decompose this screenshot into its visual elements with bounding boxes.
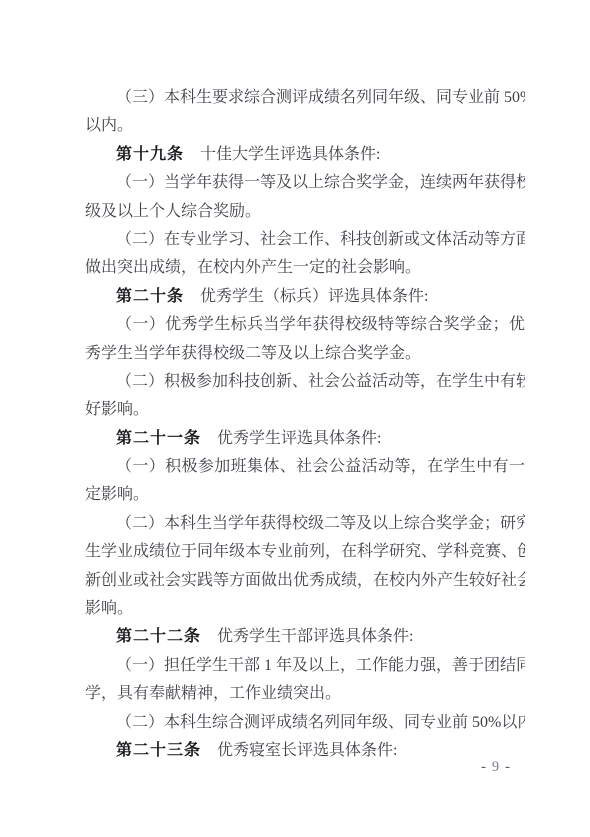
- heading-text: 优秀学生评选具体条件:: [201, 430, 381, 447]
- line-text: 做出突出成绩，在校内外产生一定的社会影响。: [85, 259, 421, 276]
- text-line: 级及以上个人综合奖励。: [85, 198, 525, 226]
- line-text: （一）积极参加班集体、社会公益活动等，在学生中有一: [116, 458, 525, 475]
- line-text: 级及以上个人综合奖励。: [85, 203, 261, 220]
- text-line: 定影响。: [85, 481, 525, 509]
- text-line: （二）在专业学习、社会工作、科技创新或文体活动等方面: [85, 226, 525, 254]
- text-line: 秀学生当学年获得校级二等及以上综合奖学金。: [85, 340, 525, 368]
- text-line: 生学业成绩位于同年级本专业前列，在科学研究、学科竞赛、创: [85, 538, 525, 566]
- line-text: （一）担任学生干部 1 年及以上，工作能力强，善于团结同: [116, 657, 525, 674]
- text-line: 做出突出成绩，在校内外产生一定的社会影响。: [85, 254, 525, 282]
- article-heading: 第二十二条 优秀学生干部评选具体条件:: [85, 623, 525, 651]
- line-text: （二）积极参加科技创新、社会公益活动等，在学生中有较: [116, 373, 525, 390]
- line-text: （一）当学年获得一等及以上综合奖学金，连续两年获得校: [116, 174, 525, 191]
- article-heading: 第二十条 优秀学生（标兵）评选具体条件:: [85, 283, 525, 311]
- text-line: 以内。: [85, 112, 525, 140]
- heading-text: 十佳大学生评选具体条件:: [184, 146, 380, 163]
- line-text: 好影响。: [85, 401, 149, 418]
- line-text: 影响。: [85, 600, 133, 617]
- article-heading: 第二十三条 优秀寝室长评选具体条件:: [85, 737, 525, 765]
- text-line: （二）本科生当学年获得校级二等及以上综合奖学金；研究: [85, 510, 525, 538]
- article-number: 第二十三条: [116, 742, 201, 759]
- line-text: 定影响。: [85, 486, 149, 503]
- line-text: （二）本科生当学年获得校级二等及以上综合奖学金；研究: [116, 515, 525, 532]
- line-text: 秀学生当学年获得校级二等及以上综合奖学金。: [85, 345, 421, 362]
- line-text: 以内。: [85, 117, 133, 134]
- line-text: 学，具有奉献精神，工作业绩突出。: [85, 685, 341, 702]
- text-line: （一）当学年获得一等及以上综合奖学金，连续两年获得校: [85, 169, 525, 197]
- page-number-dash-left: -: [481, 759, 486, 775]
- article-number: 第二十一条: [116, 430, 201, 447]
- line-text: （二）在专业学习、社会工作、科技创新或文体活动等方面: [116, 231, 525, 248]
- body-text-block: （三）本科生要求综合测评成绩名列同年级、同专业前 50% 以内。 第十九条 十佳…: [85, 84, 525, 765]
- article-number: 第十九条: [116, 146, 184, 163]
- text-line: （三）本科生要求综合测评成绩名列同年级、同专业前 50%: [85, 84, 525, 112]
- line-text: （三）本科生要求综合测评成绩名列同年级、同专业前 50%: [116, 89, 525, 106]
- text-line: 影响。: [85, 595, 525, 623]
- text-line: （二）积极参加科技创新、社会公益活动等，在学生中有较: [85, 368, 525, 396]
- page-number: -9-: [481, 757, 510, 777]
- heading-text: 优秀寝室长评选具体条件:: [201, 742, 397, 759]
- heading-text: 优秀学生（标兵）评选具体条件:: [184, 288, 428, 305]
- page-number-dash-right: -: [505, 759, 510, 775]
- line-text: 新创业或社会实践等方面做出优秀成绩，在校内外产生较好社会: [85, 572, 525, 589]
- article-heading: 第十九条 十佳大学生评选具体条件:: [85, 141, 525, 169]
- text-line: （一）积极参加班集体、社会公益活动等，在学生中有一: [85, 453, 525, 481]
- text-line: （一）优秀学生标兵当学年获得校级特等综合奖学金；优: [85, 311, 525, 339]
- line-text: （二）本科生综合测评成绩名列同年级、同专业前 50%以内。: [116, 714, 525, 731]
- article-heading: 第二十一条 优秀学生评选具体条件:: [85, 425, 525, 453]
- text-line: 学，具有奉献精神，工作业绩突出。: [85, 680, 525, 708]
- line-text: 生学业成绩位于同年级本专业前列，在科学研究、学科竞赛、创: [85, 543, 525, 560]
- article-number: 第二十二条: [116, 628, 201, 645]
- heading-text: 优秀学生干部评选具体条件:: [201, 628, 413, 645]
- line-text: （一）优秀学生标兵当学年获得校级特等综合奖学金；优: [116, 316, 525, 333]
- text-line: （一）担任学生干部 1 年及以上，工作能力强，善于团结同: [85, 652, 525, 680]
- text-line: （二）本科生综合测评成绩名列同年级、同专业前 50%以内。: [85, 709, 525, 737]
- text-line: 好影响。: [85, 396, 525, 424]
- page-number-value: 9: [492, 759, 499, 775]
- text-line: 新创业或社会实践等方面做出优秀成绩，在校内外产生较好社会: [85, 567, 525, 595]
- article-number: 第二十条: [116, 288, 184, 305]
- document-page: （三）本科生要求综合测评成绩名列同年级、同专业前 50% 以内。 第十九条 十佳…: [0, 0, 590, 837]
